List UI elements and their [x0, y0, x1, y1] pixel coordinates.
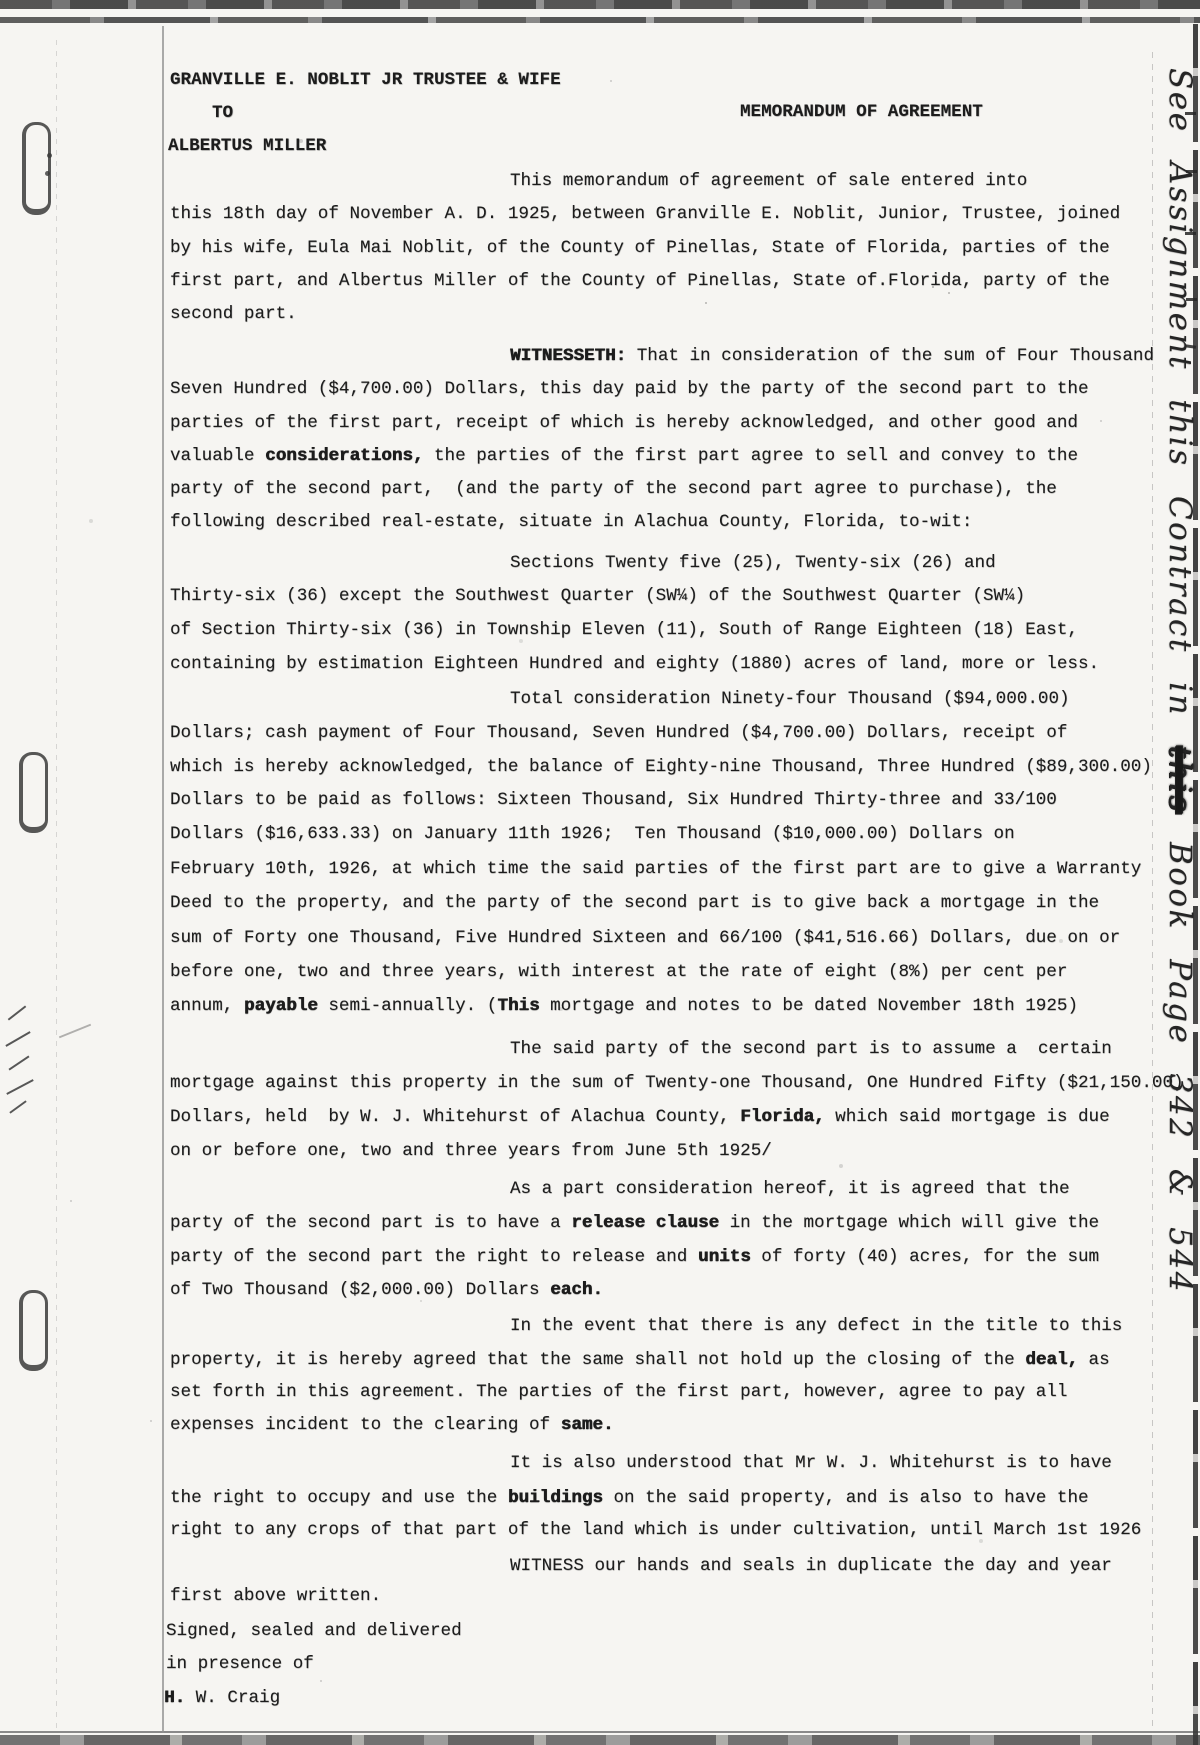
text-segment: by his wife, Eula Mai Noblit, of the Cou…: [170, 238, 1110, 258]
text-line: This memorandum of agreement of sale ent…: [510, 170, 1027, 192]
text-segment: H.: [164, 1688, 185, 1708]
text-segment: before one, two and three years, with in…: [170, 962, 1067, 982]
text-line: before one, two and three years, with in…: [170, 961, 1067, 983]
text-segment: deal,: [1025, 1350, 1078, 1370]
punch-hole: [22, 122, 51, 215]
text-segment: set forth in this agreement. The parties…: [170, 1382, 1067, 1402]
text-segment: the parties of the first part agree to s…: [423, 446, 1078, 466]
text-segment: The said party of the second part is to …: [510, 1039, 1112, 1059]
text-segment: It is also understood that Mr W. J. Whit…: [510, 1453, 1112, 1473]
text-segment: Dollars; cash payment of Four Thousand, …: [170, 723, 1067, 743]
text-segment: In the event that there is any defect in…: [510, 1316, 1122, 1336]
text-segment: each.: [550, 1280, 603, 1300]
text-segment: Signed, sealed and delivered: [166, 1621, 462, 1641]
text-line: Dollars; cash payment of Four Thousand, …: [170, 722, 1067, 744]
text-segment: party of the second part, (and the party…: [170, 479, 1057, 499]
text-line: Dollars ($16,633.33) on January 11th 192…: [170, 823, 1015, 845]
pen-hatch-mark: [59, 1024, 91, 1039]
text-line: In the event that there is any defect in…: [510, 1315, 1122, 1337]
party-first-name: GRANVILLE E. NOBLIT JR TRUSTEE & WIFE: [170, 70, 561, 90]
scan-top-edge-band: [0, 0, 1200, 9]
text-segment: As a part consideration hereof, it is ag…: [510, 1179, 1070, 1199]
text-segment: units: [698, 1247, 751, 1267]
text-line: containing by estimation Eighteen Hundre…: [170, 653, 1099, 675]
margin-note-struck-word: this: [1162, 745, 1198, 813]
text-line: first part, and Albertus Miller of the C…: [170, 270, 1110, 292]
text-segment: mortgage and notes to be dated November …: [540, 996, 1078, 1016]
text-segment: That in consideration of the sum of Four…: [626, 346, 1154, 366]
text-line: in presence of: [166, 1653, 314, 1675]
text-line: Seven Hundred ($4,700.00) Dollars, this …: [170, 378, 1089, 400]
text-line: this 18th day of November A. D. 1925, be…: [170, 203, 1120, 225]
scan-speckles: [0, 0, 2, 2]
text-segment: release clause: [571, 1213, 719, 1233]
text-line: The said party of the second part is to …: [510, 1038, 1112, 1060]
instrument-title: MEMORANDUM OF AGREEMENT: [740, 102, 983, 122]
text-segment: same.: [561, 1415, 614, 1435]
text-line: property, it is hereby agreed that the s…: [170, 1349, 1110, 1371]
text-segment: in the mortgage which will give the: [719, 1213, 1099, 1233]
text-segment: semi-annually. (: [318, 996, 498, 1016]
text-segment: sum of Forty one Thousand, Five Hundred …: [170, 928, 1120, 948]
text-segment: in presence of: [166, 1654, 314, 1674]
text-segment: which is hereby acknowledged, the balanc…: [170, 757, 1152, 777]
margin-note-text: See Assignment this Contract in: [1162, 68, 1198, 745]
pen-hatch-mark: [8, 1005, 27, 1020]
text-line: first above written.: [170, 1585, 381, 1607]
left-faint-rule: [56, 40, 57, 1733]
text-line: parties of the first part, receipt of wh…: [170, 412, 1078, 434]
text-segment: valuable: [170, 446, 265, 466]
text-segment: Sections Twenty five (25), Twenty-six (2…: [510, 553, 996, 573]
scanned-document-page: GRANVILLE E. NOBLIT JR TRUSTEE & WIFE TO…: [0, 0, 1200, 1745]
text-line: Dollars, held by W. J. Whitehurst of Ala…: [170, 1106, 1110, 1128]
text-line: H. W. Craig: [164, 1687, 280, 1709]
text-segment: of forty (40) acres, for the sum: [751, 1247, 1099, 1267]
party-second-name: ALBERTUS MILLER: [168, 136, 326, 156]
text-segment: party of the second part the right to re…: [170, 1247, 698, 1267]
pen-hatch-mark: [5, 1031, 30, 1047]
text-segment: Florida,: [740, 1107, 824, 1127]
scan-top-edge-band-2: [0, 17, 1200, 23]
ink-dot: [45, 171, 50, 176]
text-line: party of the second part the right to re…: [170, 1246, 1099, 1268]
margin-note-text: Book Page 342 & 544: [1162, 814, 1198, 1294]
text-line: party of the second part, (and the party…: [170, 478, 1057, 500]
text-line: sum of Forty one Thousand, Five Hundred …: [170, 927, 1120, 949]
text-segment: February 10th, 1926, at which time the s…: [170, 859, 1141, 879]
text-line: valuable considerations, the parties of …: [170, 445, 1078, 467]
text-line: February 10th, 1926, at which time the s…: [170, 858, 1141, 880]
text-line: It is also understood that Mr W. J. Whit…: [510, 1452, 1112, 1474]
text-line: which is hereby acknowledged, the balanc…: [170, 756, 1152, 778]
text-line: second part.: [170, 303, 297, 325]
to-label: TO: [212, 103, 233, 123]
left-margin-rule: [162, 26, 164, 1733]
text-segment: mortgage against this property in the su…: [170, 1073, 1184, 1093]
text-line: of Section Thirty-six (36) in Township E…: [170, 619, 1078, 641]
text-line: party of the second part is to have a re…: [170, 1212, 1099, 1234]
text-segment: payable: [244, 996, 318, 1016]
handwritten-margin-note: See Assignment this Contract in this Boo…: [1142, 68, 1198, 1258]
text-line: WITNESS our hands and seals in duplicate…: [510, 1555, 1112, 1577]
text-segment: of Two Thousand ($2,000.00) Dollars: [170, 1280, 550, 1300]
text-line: following described real-estate, situate…: [170, 511, 972, 533]
text-segment: property, it is hereby agreed that the s…: [170, 1350, 1025, 1370]
text-segment: right to any crops of that part of the l…: [170, 1520, 1141, 1540]
text-line: right to any crops of that part of the l…: [170, 1519, 1141, 1541]
pen-hatch-mark: [6, 1079, 33, 1095]
text-line: WITNESSETH: That in consideration of the…: [510, 345, 1154, 367]
text-segment: which said mortgage is due: [825, 1107, 1110, 1127]
text-segment: containing by estimation Eighteen Hundre…: [170, 654, 1099, 674]
text-line: Thirty-six (36) except the Southwest Qua…: [170, 585, 1025, 607]
text-segment: this 18th day of November A. D. 1925, be…: [170, 204, 1120, 224]
punch-hole: [19, 752, 48, 833]
text-segment: Dollars ($16,633.33) on January 11th 192…: [170, 824, 1015, 844]
text-segment: buildings: [508, 1488, 603, 1508]
text-segment: Dollars to be paid as follows: Sixteen T…: [170, 790, 1057, 810]
text-segment: Seven Hundred ($4,700.00) Dollars, this …: [170, 379, 1089, 399]
text-line: Deed to the property, and the party of t…: [170, 892, 1099, 914]
pen-hatch-mark: [8, 1055, 29, 1070]
pen-hatch-mark: [9, 1100, 26, 1113]
text-segment: first above written.: [170, 1586, 381, 1606]
text-segment: annum,: [170, 996, 244, 1016]
text-segment: of Section Thirty-six (36) in Township E…: [170, 620, 1078, 640]
text-segment: the right to occupy and use the: [170, 1488, 508, 1508]
text-line: Total consideration Ninety-four Thousand…: [510, 688, 1070, 710]
scan-bottom-edge-band: [0, 1735, 1200, 1745]
ink-dot: [47, 153, 52, 158]
text-segment: Thirty-six (36) except the Southwest Qua…: [170, 586, 1025, 606]
text-segment: first part, and Albertus Miller of the C…: [170, 271, 1110, 291]
punch-hole: [19, 1290, 48, 1371]
text-segment: second part.: [170, 304, 297, 324]
text-line: mortgage against this property in the su…: [170, 1072, 1184, 1094]
text-segment: WITNESSETH:: [510, 346, 626, 366]
text-line: Signed, sealed and delivered: [166, 1620, 462, 1642]
text-segment: Deed to the property, and the party of t…: [170, 893, 1099, 913]
text-segment: W. Craig: [185, 1688, 280, 1708]
text-segment: This: [497, 996, 539, 1016]
text-line: Dollars to be paid as follows: Sixteen T…: [170, 789, 1057, 811]
text-line: Sections Twenty five (25), Twenty-six (2…: [510, 552, 996, 574]
text-segment: as: [1078, 1350, 1110, 1370]
text-line: the right to occupy and use the building…: [170, 1487, 1089, 1509]
text-segment: parties of the first part, receipt of wh…: [170, 413, 1078, 433]
text-segment: party of the second part is to have a: [170, 1213, 571, 1233]
text-segment: expenses incident to the clearing of: [170, 1415, 561, 1435]
text-segment: This memorandum of agreement of sale ent…: [510, 171, 1027, 191]
text-line: As a part consideration hereof, it is ag…: [510, 1178, 1070, 1200]
text-segment: on the said property, and is also to hav…: [603, 1488, 1089, 1508]
text-segment: Total consideration Ninety-four Thousand…: [510, 689, 1070, 709]
text-line: on or before one, two and three years fr…: [170, 1140, 772, 1162]
text-segment: considerations,: [265, 446, 423, 466]
scan-bottom-rule: [0, 1731, 1200, 1733]
text-line: annum, payable semi-annually. (This mort…: [170, 995, 1078, 1017]
text-segment: following described real-estate, situate…: [170, 512, 972, 532]
text-line: by his wife, Eula Mai Noblit, of the Cou…: [170, 237, 1110, 259]
text-line: of Two Thousand ($2,000.00) Dollars each…: [170, 1279, 603, 1301]
text-line: set forth in this agreement. The parties…: [170, 1381, 1067, 1403]
text-line: expenses incident to the clearing of sam…: [170, 1414, 613, 1436]
text-segment: on or before one, two and three years fr…: [170, 1141, 772, 1161]
text-segment: WITNESS our hands and seals in duplicate…: [510, 1556, 1112, 1576]
text-segment: Dollars, held by W. J. Whitehurst of Ala…: [170, 1107, 740, 1127]
